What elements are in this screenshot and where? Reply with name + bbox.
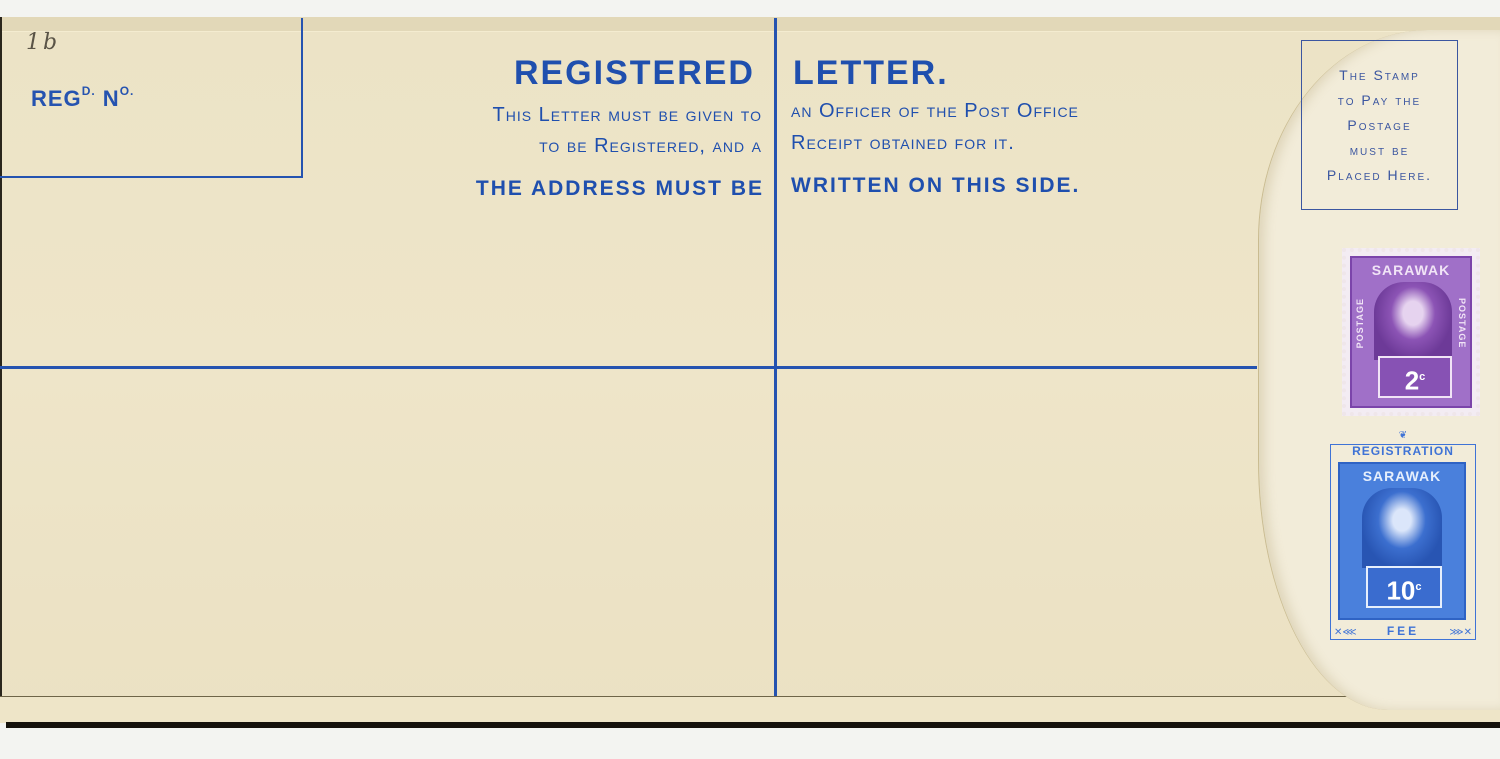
instruction-line1-left: This Letter must be given to (493, 104, 762, 127)
instruction-line2-left: to be Registered, and a (539, 135, 762, 158)
address-instruction-left: THE ADDRESS MUST BE (476, 177, 764, 201)
address-instruction-right: WRITTEN ON THIS SIDE. (791, 174, 1080, 198)
value-unit: c (1419, 371, 1425, 383)
pencil-annotation: 1b (26, 30, 60, 55)
reg-prefix: REG (31, 86, 82, 111)
value-number: 2 (1405, 366, 1419, 396)
reg-sup: D. (82, 84, 96, 98)
stamp-country: SARAWAK (1352, 262, 1470, 278)
vertical-cross-line (774, 18, 777, 724)
value-unit: c (1415, 581, 1421, 593)
instruction-line2-right: Receipt obtained for it. (791, 132, 1015, 155)
stamp-box-line: must be (1350, 140, 1410, 161)
stamp-country: SARAWAK (1340, 468, 1464, 484)
stamp-box-line: Placed Here. (1327, 165, 1432, 186)
stamp-value: 2c (1378, 356, 1452, 398)
registration-number-label: REGD. NO. (31, 86, 134, 112)
instruction-line1-right: an Officer of the Post Office (791, 100, 1079, 123)
arrow-ornament-right-icon: ⋙✕ (1449, 627, 1472, 638)
heading-letter: LETTER. (793, 54, 949, 93)
portrait-icon (1374, 282, 1452, 360)
stamp-design: SARAWAK POSTAGE POSTAGE 2c (1350, 256, 1472, 408)
stamp-registration-label: REGISTRATION (1328, 444, 1478, 458)
portrait-icon (1362, 488, 1442, 568)
envelope-bottom-shadow (6, 722, 1500, 728)
stamp-box-line: Postage (1347, 115, 1411, 136)
stamp-box-line: The Stamp (1339, 65, 1420, 86)
stamp-design: SARAWAK 10c (1338, 462, 1466, 620)
horizontal-cross-line (0, 366, 1257, 369)
no-sup: O. (120, 84, 135, 98)
heading-registered: REGISTERED (514, 54, 755, 93)
stamp-value: 10c (1366, 566, 1442, 608)
postage-stamp-2c: SARAWAK POSTAGE POSTAGE 2c (1342, 248, 1480, 416)
value-number: 10 (1386, 576, 1415, 606)
stamp-side-text-right: POSTAGE (1457, 298, 1467, 348)
stamp-side-text-left: POSTAGE (1355, 298, 1365, 348)
stamp-placement-box: The Stamp to Pay the Postage must be Pla… (1301, 40, 1458, 210)
ornament-icon: ❦ (1328, 430, 1478, 441)
no-prefix: N (96, 86, 120, 111)
stamp-box-line: to Pay the (1338, 90, 1421, 111)
registration-fee-stamp-10c: ❦ REGISTRATION SARAWAK 10c ✕⋘ FEE ⋙✕ (1328, 430, 1478, 642)
envelope-bottom-flap (0, 696, 1500, 723)
